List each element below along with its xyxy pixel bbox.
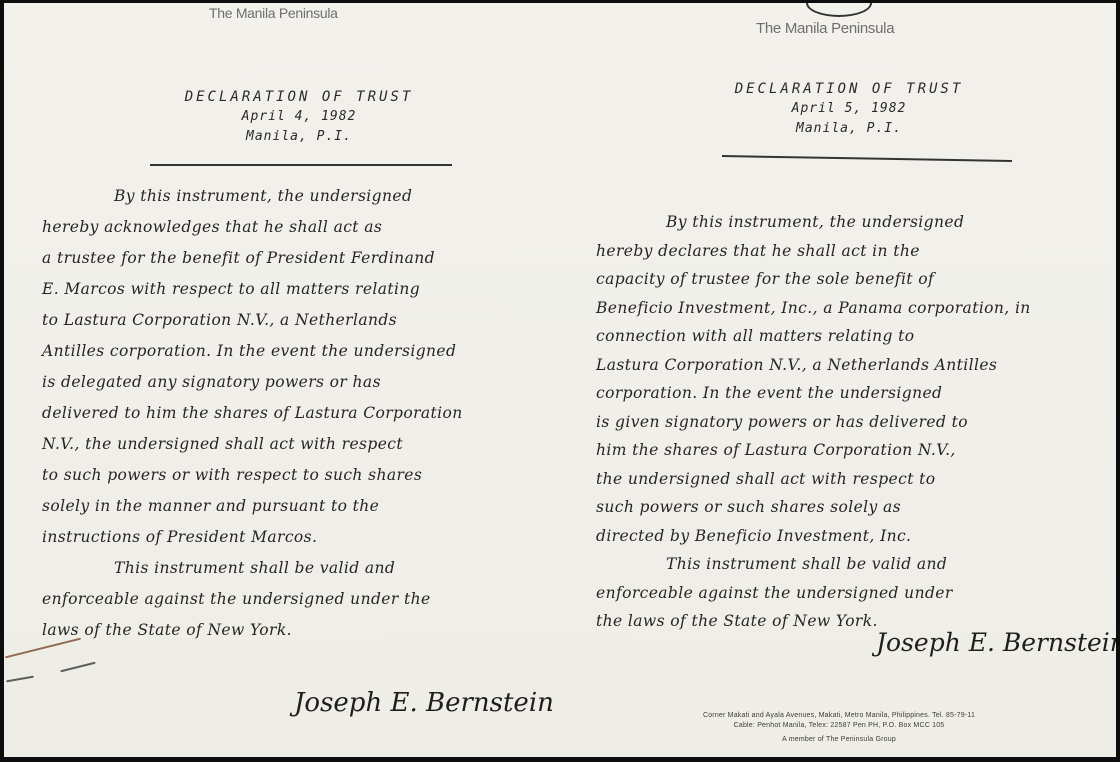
footer-member: A member of The Peninsula Group xyxy=(614,735,1064,745)
footer-contact: Cable: Penhot Manila, Telex: 22587 Pen P… xyxy=(614,721,1064,731)
document-place: Manila, P.I. xyxy=(144,127,454,147)
text-line: solely in the manner and pursuant to the xyxy=(42,491,582,522)
text-line: hereby declares that he shall act in the xyxy=(596,237,1116,266)
text-line: Antilles corporation. In the event the u… xyxy=(42,336,582,367)
text-line: capacity of trustee for the sole benefit… xyxy=(596,265,1116,294)
text-line: E. Marcos with respect to all matters re… xyxy=(42,274,582,305)
peninsula-logo-icon xyxy=(806,3,872,17)
text-line: directed by Beneficio Investment, Inc. xyxy=(596,522,1116,551)
body-text: By this instrument, the undersigned here… xyxy=(596,208,1116,636)
text-line: This instrument shall be valid and xyxy=(42,553,582,584)
declaration-right: The Manila Peninsula DECLARATION OF TRUS… xyxy=(574,3,1116,757)
pen-mark xyxy=(6,676,34,683)
heading-underline xyxy=(722,155,1012,162)
document-title: DECLARATION OF TRUST xyxy=(704,79,994,99)
text-line: Beneficio Investment, Inc., a Panama cor… xyxy=(596,294,1116,323)
text-line: N.V., the undersigned shall act with res… xyxy=(42,429,582,460)
body-text: By this instrument, the undersigned here… xyxy=(42,181,582,646)
document-title: DECLARATION OF TRUST xyxy=(144,87,454,107)
document-place: Manila, P.I. xyxy=(704,119,994,139)
letterhead-footer: Corner Makati and Ayala Avenues, Makati,… xyxy=(614,711,1064,745)
signature: Joseph E. Bernstein xyxy=(876,628,1116,657)
text-line: is delegated any signatory powers or has xyxy=(42,367,582,398)
text-line: enforceable against the undersigned unde… xyxy=(596,579,1116,608)
text-line: to Lastura Corporation N.V., a Netherlan… xyxy=(42,305,582,336)
text-line: corporation. In the event the undersigne… xyxy=(596,379,1116,408)
text-line: By this instrument, the undersigned xyxy=(596,208,1116,237)
text-line: hereby acknowledges that he shall act as xyxy=(42,212,582,243)
signature: Joseph E. Bernstein xyxy=(294,688,554,718)
document-date: April 4, 1982 xyxy=(144,107,454,127)
letterhead: The Manila Peninsula xyxy=(756,20,894,37)
text-line: connection with all matters relating to xyxy=(596,322,1116,351)
footer-address: Corner Makati and Ayala Avenues, Makati,… xyxy=(614,711,1064,721)
heading: DECLARATION OF TRUST April 4, 1982 Manil… xyxy=(144,87,454,147)
text-line: is given signatory powers or has deliver… xyxy=(596,408,1116,437)
document-date: April 5, 1982 xyxy=(704,99,994,119)
text-line: This instrument shall be valid and xyxy=(596,550,1116,579)
text-line: to such powers or with respect to such s… xyxy=(42,460,582,491)
text-line: laws of the State of New York. xyxy=(42,615,582,646)
text-line: instructions of President Marcos. xyxy=(42,522,582,553)
pen-mark xyxy=(60,662,95,673)
heading-underline xyxy=(150,164,452,166)
text-line: the undersigned shall act with respect t… xyxy=(596,465,1116,494)
text-line: By this instrument, the undersigned xyxy=(42,181,582,212)
heading: DECLARATION OF TRUST April 5, 1982 Manil… xyxy=(704,79,994,139)
text-line: delivered to him the shares of Lastura C… xyxy=(42,398,582,429)
scanned-document: The Manila Peninsula DECLARATION OF TRUS… xyxy=(4,3,1116,757)
declaration-left: The Manila Peninsula DECLARATION OF TRUS… xyxy=(4,3,574,757)
text-line: him the shares of Lastura Corporation N.… xyxy=(596,436,1116,465)
text-line: a trustee for the benefit of President F… xyxy=(42,243,582,274)
text-line: such powers or such shares solely as xyxy=(596,493,1116,522)
text-line: Lastura Corporation N.V., a Netherlands … xyxy=(596,351,1116,380)
letterhead: The Manila Peninsula xyxy=(209,5,338,21)
scan-frame: The Manila Peninsula DECLARATION OF TRUS… xyxy=(0,0,1120,762)
text-line: enforceable against the undersigned unde… xyxy=(42,584,582,615)
